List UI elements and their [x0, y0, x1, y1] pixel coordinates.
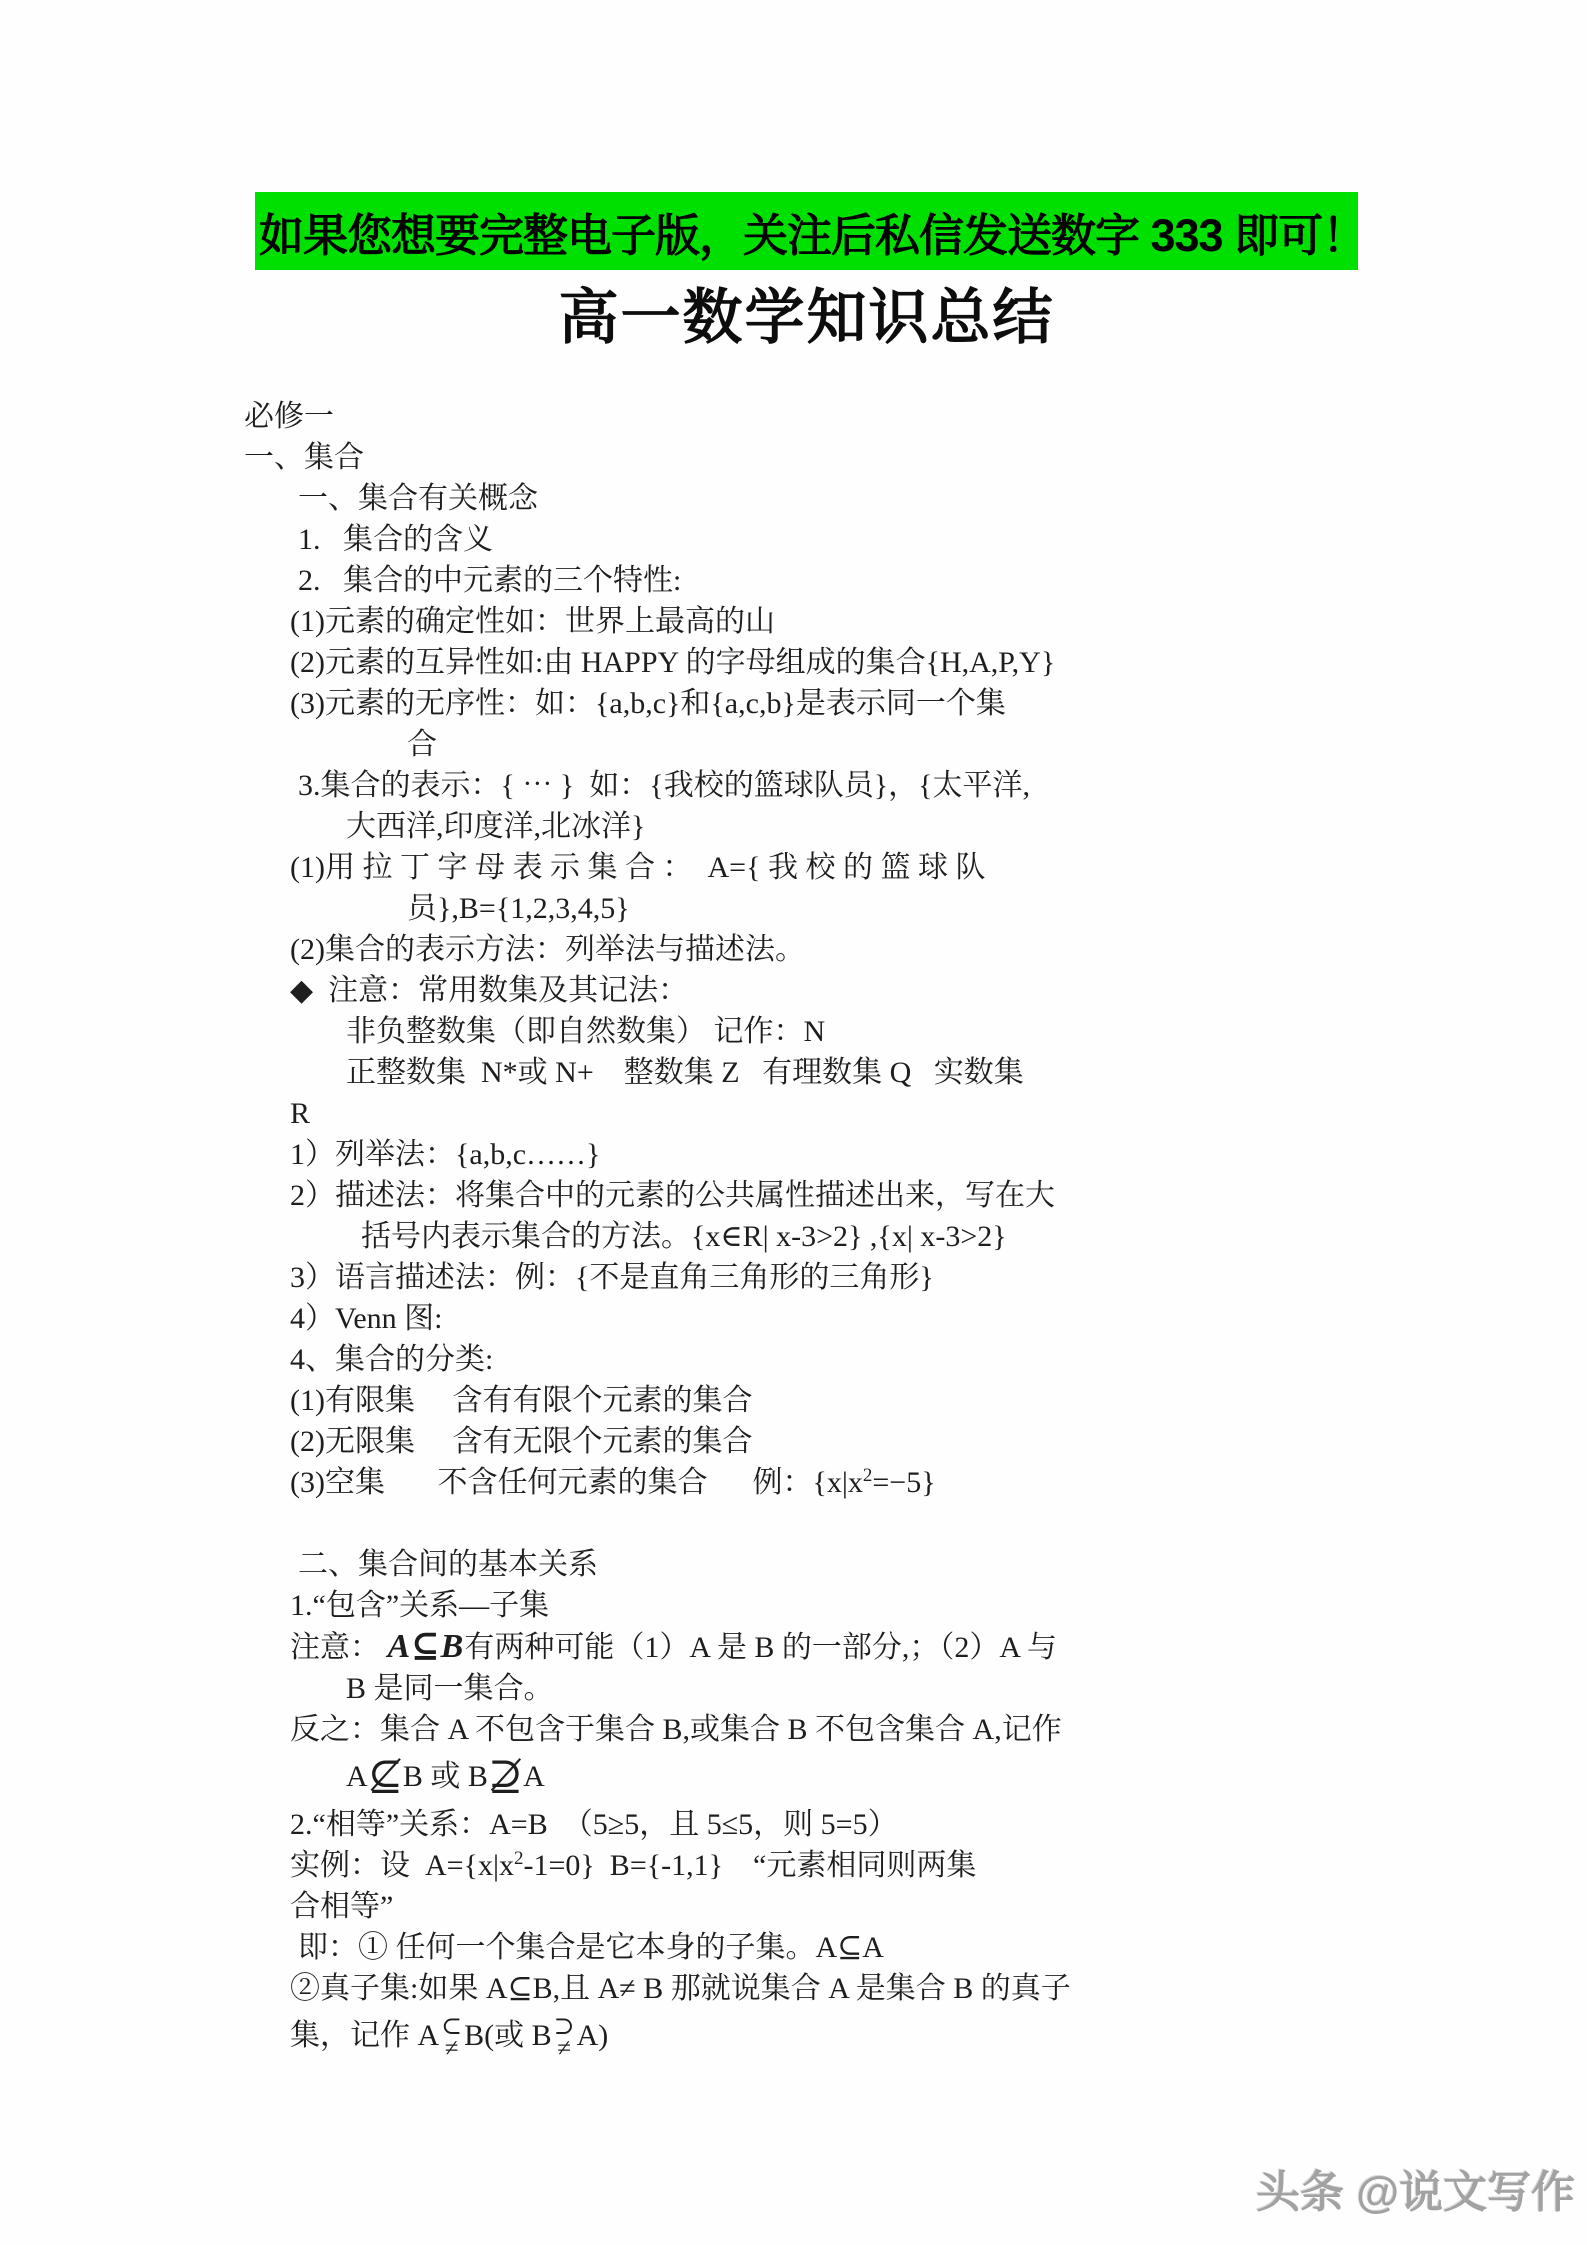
text-line: 合 [244, 724, 1164, 765]
text-line: 非负整数集（即自然数集） 记作：N [244, 1011, 1164, 1052]
text-line: (3)元素的无序性：如：{a,b,c}和{a,c,b}是表示同一个集 [244, 683, 1164, 724]
text-line: 大西洋,印度洋,北冰洋} [244, 806, 1164, 847]
text-line: (1)元素的确定性如：世界上最高的山 [244, 601, 1164, 642]
text-line: 括号内表示集合的方法。{x∈R| x-3>2} ,{x| x-3>2} [244, 1216, 1164, 1257]
text-line: A⊈B 或 B⊉A [244, 1750, 1164, 1804]
text-line: 必修一 [244, 396, 1164, 437]
text-line: ◆ 注意：常用数集及其记法： [244, 970, 1164, 1011]
text-line: 1.“包含”关系—子集 [244, 1585, 1164, 1626]
text-line: 一、集合 [244, 437, 1164, 478]
text-line: 4）Venn 图: [244, 1298, 1164, 1339]
text-line: 注意： A⊆B有两种可能（1）A 是 B 的一部分,；（2）A 与 [244, 1626, 1164, 1668]
text-line: 2.“相等”关系：A=B （5≥5，且 5≤5，则 5=5） [244, 1804, 1164, 1845]
document-body: 必修一一、集合一、集合有关概念1. 集合的含义2. 集合的中元素的三个特性:(1… [244, 396, 1164, 2063]
text-line: (3)空集 不含任何元素的集合 例：{x|x2=−5} [244, 1462, 1164, 1503]
promo-banner-text: 如果您想要完整电子版，关注后私信发送数字 333 即可！ [259, 199, 1366, 264]
text-line: 即：① 任何一个集合是它本身的子集。A⊆A [244, 1927, 1164, 1968]
text-line: 合相等” [244, 1886, 1164, 1927]
text-line: B 是同一集合。 [244, 1668, 1164, 1709]
text-line: 1. 集合的含义 [244, 519, 1164, 560]
text-line: (2)无限集 含有无限个元素的集合 [244, 1421, 1164, 1462]
text-line: 4、集合的分类: [244, 1339, 1164, 1380]
blank-line [244, 1503, 1164, 1544]
text-line: 3.集合的表示：{ ⋯ } 如：{我校的篮球队员}，{太平洋, [244, 765, 1164, 806]
text-line: (2)元素的互异性如:由 HAPPY 的字母组成的集合{H,A,P,Y} [244, 642, 1164, 683]
text-line: 正整数集 N*或 N+ 整数集 Z 有理数集 Q 实数集 [244, 1052, 1164, 1093]
text-line: 2. 集合的中元素的三个特性: [244, 560, 1164, 601]
text-line: R [244, 1093, 1164, 1134]
text-line: 二、集合间的基本关系 [244, 1544, 1164, 1585]
watermark: 头条 @说文写作 [1256, 2156, 1575, 2220]
text-line: (1)用 拉 丁 字 母 表 示 集 合 ： A={ 我 校 的 篮 球 队 [244, 847, 1164, 888]
text-line: 员},B={1,2,3,4,5} [244, 888, 1164, 929]
text-line: 反之：集合 A 不包含于集合 B,或集合 B 不包含集合 A,记作 [244, 1709, 1164, 1750]
text-line: (1)有限集 含有有限个元素的集合 [244, 1380, 1164, 1421]
text-line: 实例：设 A={x|x2-1=0} B={-1,1} “元素相同则两集 [244, 1845, 1164, 1886]
text-line: 1）列举法：{a,b,c……} [244, 1134, 1164, 1175]
promo-banner: 如果您想要完整电子版，关注后私信发送数字 333 即可！ [255, 192, 1358, 270]
text-line: 一、集合有关概念 [244, 478, 1164, 519]
text-line: 集，记作 A⊂≠B(或 B⊃≠A) [244, 2009, 1164, 2063]
text-line: ②真子集:如果 A⊆B,且 A≠ B 那就说集合 A 是集合 B 的真子 [244, 1968, 1164, 2009]
text-line: 3）语言描述法：例：{不是直角三角形的三角形} [244, 1257, 1164, 1298]
text-line: (2)集合的表示方法：列举法与描述法。 [244, 929, 1164, 970]
page-title: 高一数学知识总结 [255, 272, 1358, 364]
document-page: 如果您想要完整电子版，关注后私信发送数字 333 即可！ 高一数学知识总结 必修… [0, 0, 1587, 2245]
text-line: 2）描述法：将集合中的元素的公共属性描述出来，写在大 [244, 1175, 1164, 1216]
